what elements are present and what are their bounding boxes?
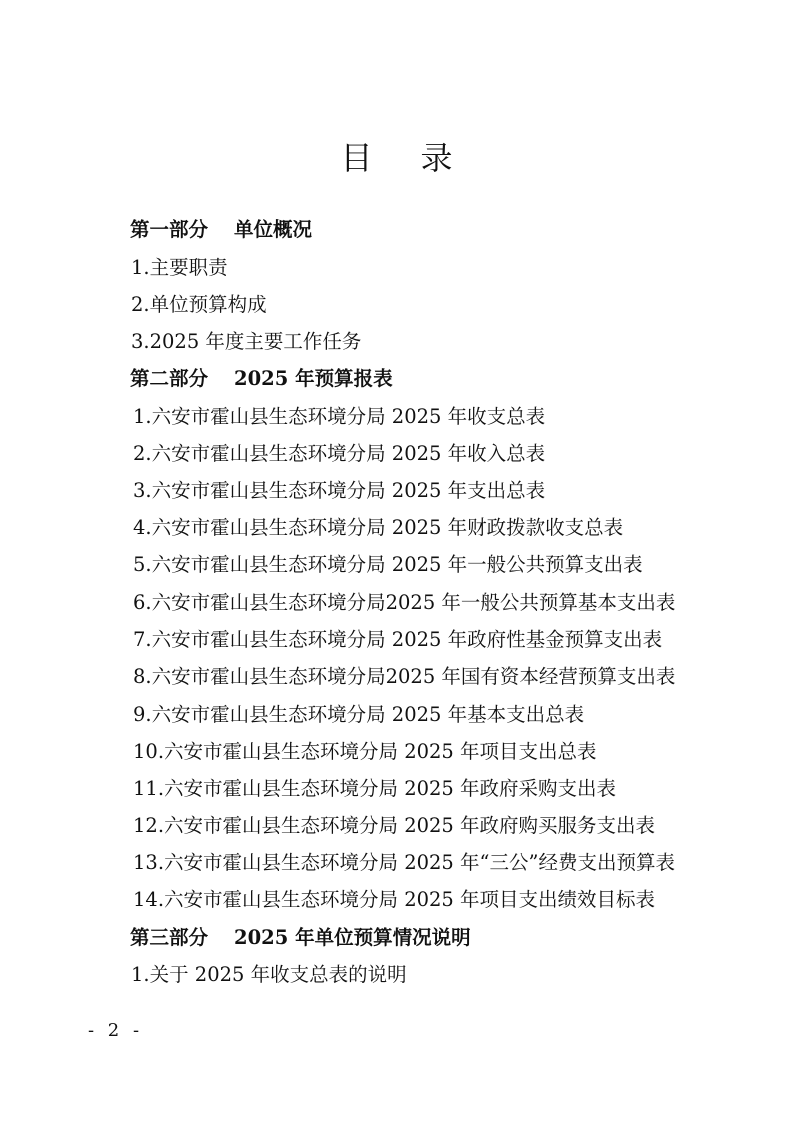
toc-item[interactable]: 2.单位预算构成 xyxy=(131,293,267,317)
toc-item[interactable]: 3.2025 年度主要工作任务 xyxy=(131,330,361,354)
part-2-label: 第二部分 xyxy=(130,367,208,390)
toc-item[interactable]: 6.六安市霍山县生态环境分局2025 年一般公共预算基本支出表 xyxy=(133,591,675,615)
toc-item[interactable]: 3.六安市霍山县生态环境分局 2025 年支出总表 xyxy=(133,479,545,503)
toc-item[interactable]: 4.六安市霍山县生态环境分局 2025 年财政拨款收支总表 xyxy=(133,516,623,540)
toc-item[interactable]: 1.关于 2025 年收支总表的说明 xyxy=(131,963,407,987)
part-1-heading[interactable]: 第一部分单位概况 xyxy=(130,218,312,242)
part-2-heading[interactable]: 第二部分2025 年预算报表 xyxy=(130,367,393,391)
toc-item[interactable]: 7.六安市霍山县生态环境分局 2025 年政府性基金预算支出表 xyxy=(133,628,662,652)
toc-item[interactable]: 9.六安市霍山县生态环境分局 2025 年基本支出总表 xyxy=(133,703,584,727)
part-2-title: 2025 年预算报表 xyxy=(234,367,393,390)
part-1-title: 单位概况 xyxy=(234,218,312,241)
part-3-heading[interactable]: 第三部分2025 年单位预算情况说明 xyxy=(130,926,471,950)
toc-item[interactable]: 8.六安市霍山县生态环境分局2025 年国有资本经营预算支出表 xyxy=(133,665,675,689)
part-3-label: 第三部分 xyxy=(130,926,208,949)
toc-item[interactable]: 11.六安市霍山县生态环境分局 2025 年政府采购支出表 xyxy=(133,777,616,801)
page-title: 目录 xyxy=(0,133,793,179)
title-char-1: 目 xyxy=(340,133,372,179)
toc-item[interactable]: 2.六安市霍山县生态环境分局 2025 年收入总表 xyxy=(133,442,545,466)
toc-item[interactable]: 1.六安市霍山县生态环境分局 2025 年收支总表 xyxy=(133,405,545,429)
toc-item[interactable]: 13.六安市霍山县生态环境分局 2025 年“三公”经费支出预算表 xyxy=(133,851,675,875)
toc-item[interactable]: 12.六安市霍山县生态环境分局 2025 年政府购买服务支出表 xyxy=(133,814,655,838)
toc-item[interactable]: 1.主要职责 xyxy=(131,256,228,280)
toc-item[interactable]: 10.六安市霍山县生态环境分局 2025 年项目支出总表 xyxy=(133,740,597,764)
part-3-title: 2025 年单位预算情况说明 xyxy=(234,926,471,949)
page-number: - 2 - xyxy=(88,1020,143,1041)
toc-item[interactable]: 5.六安市霍山县生态环境分局 2025 年一般公共预算支出表 xyxy=(133,553,643,577)
title-char-2: 录 xyxy=(421,133,453,179)
part-1-label: 第一部分 xyxy=(130,218,208,241)
toc-item[interactable]: 14.六安市霍山县生态环境分局 2025 年项目支出绩效目标表 xyxy=(133,888,655,912)
